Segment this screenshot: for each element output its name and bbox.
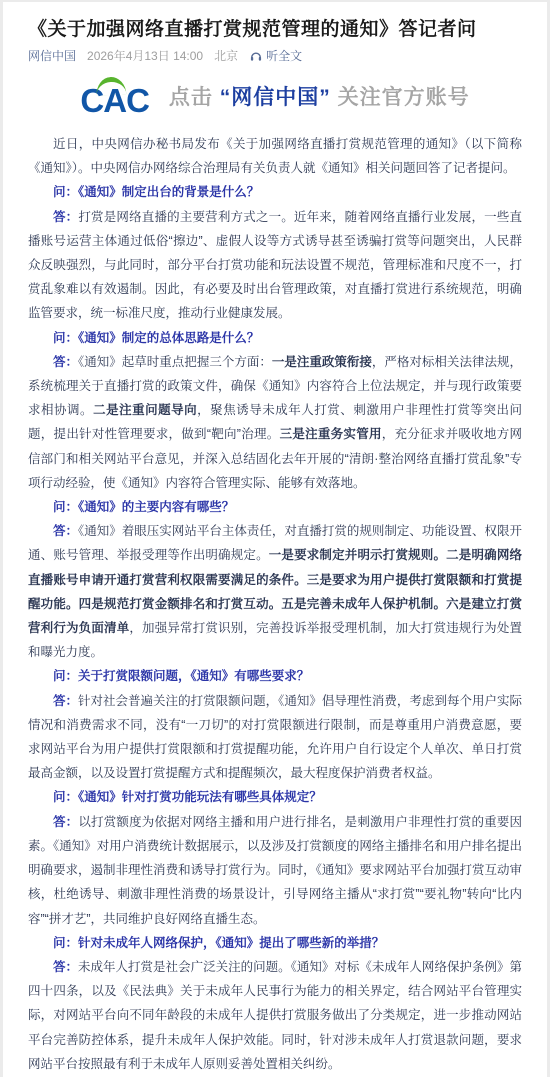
question-paragraph: 问：《通知》制定出台的背景是什么？ <box>28 180 522 204</box>
answer-paragraph: 答：《通知》起草时重点把握三个方面：一是注重政策衔接，严格对标相关法律法规，系统… <box>28 350 522 495</box>
account-name-link[interactable]: 网信中国 <box>28 47 76 64</box>
banner-follow-label: 关注官方账号 <box>338 86 470 109</box>
cac-logo-arc-icon <box>96 76 127 96</box>
answer-paragraph: 答：打赏是网络直播的主要营利方式之一。近年来，随着网络直播行业发展，一些直播账号… <box>28 205 522 326</box>
question-paragraph: 问：针对未成年人网络保护，《通知》提出了哪些新的举措？ <box>28 931 522 955</box>
banner-text: 点击 “网信中国” 关注官方账号 <box>169 81 470 111</box>
banner-account-name: “网信中国” <box>220 86 331 109</box>
answer-paragraph: 答：针对社会普遍关注的打赏限额问题，《通知》倡导理性消费，考虑到每个用户实际情况… <box>28 689 522 786</box>
answer-prefix: 答： <box>53 960 78 974</box>
question-paragraph: 问：关于打赏限额问题，《通知》有哪些要求？ <box>28 664 522 688</box>
answer-paragraph: 答：以打赏额度为依据对网络主播和用户进行排名，是刺激用户非理性打赏的重要因素。《… <box>28 810 522 931</box>
follow-account-banner[interactable]: CAC 点击 “网信中国” 关注官方账号 <box>28 70 522 122</box>
publish-location: 北京 <box>214 47 238 64</box>
meta-row: 网信中国 2026年4月13日 14:00 北京 听全文 <box>28 47 522 64</box>
article-card: 《关于加强网络直播打赏规范管理的通知》答记者问 网信中国 2026年4月13日 … <box>3 2 547 1077</box>
cac-logo: CAC <box>80 76 149 117</box>
banner-click-label: 点击 <box>169 86 213 109</box>
intro-paragraph: 近日，中央网信办秘书局发布《关于加强网络直播打赏规范管理的通知》（以下简称《通知… <box>28 132 522 180</box>
qa-list: 问：《通知》制定出台的背景是什么？答：打赏是网络直播的主要营利方式之一。近年来，… <box>28 180 522 1076</box>
headphone-icon <box>249 49 263 63</box>
answer-prefix: 答： <box>53 524 78 538</box>
listen-audio-button[interactable]: 听全文 <box>249 47 302 64</box>
answer-paragraph: 答：《通知》着眼压实网站平台主体责任，对直播打赏的规则制定、功能设置、权限开通、… <box>28 519 522 664</box>
question-paragraph: 问：《通知》的主要内容有哪些？ <box>28 495 522 519</box>
answer-paragraph: 答：未成年人打赏是社会广泛关注的问题。《通知》对标《未成年人网络保护条例》第四十… <box>28 955 522 1076</box>
question-paragraph: 问：《通知》针对打赏功能玩法有哪些具体规定？ <box>28 785 522 809</box>
answer-prefix: 答： <box>53 694 78 708</box>
answer-prefix: 答： <box>53 210 78 224</box>
answer-prefix: 答： <box>53 355 78 369</box>
answer-prefix: 答： <box>53 815 78 829</box>
page-title: 《关于加强网络直播打赏规范管理的通知》答记者问 <box>28 17 522 42</box>
listen-label: 听全文 <box>266 47 302 64</box>
question-paragraph: 问：《通知》制定的总体思路是什么？ <box>28 326 522 350</box>
article-body: 近日，中央网信办秘书局发布《关于加强网络直播打赏规范管理的通知》（以下简称《通知… <box>28 132 522 1076</box>
publish-datetime: 2026年4月13日 14:00 <box>87 47 203 64</box>
